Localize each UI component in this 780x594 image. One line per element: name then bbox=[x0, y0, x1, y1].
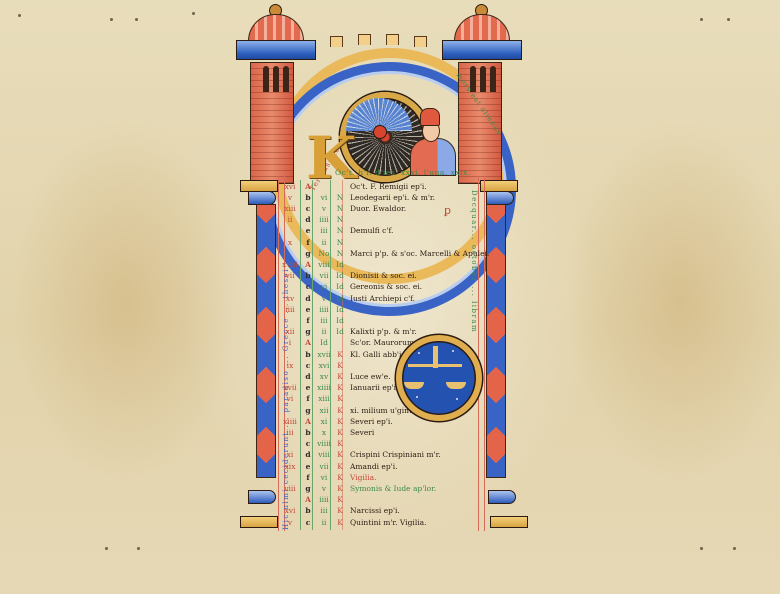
golden-number: xiiii bbox=[278, 418, 302, 426]
golden-number: viii bbox=[278, 485, 302, 493]
golden-number: xviii bbox=[278, 261, 302, 269]
month-heading: Oc't. h'r. d'ies. xxxi. l'una. xxix. bbox=[335, 168, 471, 177]
crenellation bbox=[386, 34, 399, 45]
roman-day: viiii bbox=[314, 440, 334, 448]
right-column bbox=[486, 204, 506, 478]
left-base bbox=[240, 516, 278, 528]
roman-day: xvi bbox=[314, 362, 334, 370]
roman-day: ii bbox=[314, 519, 334, 527]
golden-number: xvi bbox=[278, 183, 302, 191]
roman-day: v bbox=[314, 295, 334, 303]
golden-number: ix bbox=[278, 362, 302, 370]
roman-day: x bbox=[314, 429, 334, 437]
dominical-letter: g bbox=[302, 485, 314, 493]
dominical-letter: A bbox=[302, 339, 314, 347]
calendar-division: N bbox=[334, 216, 346, 224]
calendar-division: Id bbox=[334, 283, 346, 291]
tower-window bbox=[263, 66, 269, 92]
roman-day: iii bbox=[314, 507, 334, 515]
calendar-division: K bbox=[334, 463, 346, 471]
libra-scale-beam bbox=[408, 364, 462, 367]
dominical-letter: A bbox=[302, 183, 314, 191]
dominical-letter: b bbox=[302, 507, 314, 515]
golden-number: xvi bbox=[278, 507, 302, 515]
dominical-letter: b bbox=[302, 351, 314, 359]
roman-day: vii bbox=[314, 272, 334, 280]
dominical-letter: f bbox=[302, 474, 314, 482]
dominical-letter: d bbox=[302, 451, 314, 459]
dominical-letter: g bbox=[302, 328, 314, 336]
dominical-letter: c bbox=[302, 362, 314, 370]
feast-name: Sc'or. Maurorum bbox=[346, 339, 414, 347]
decorated-initial: K bbox=[306, 128, 336, 188]
star bbox=[418, 352, 420, 354]
feast-name: Vigilia. bbox=[346, 474, 377, 482]
feast-name: Dionisii & soc. ei. bbox=[346, 272, 417, 280]
dominical-letter: b bbox=[302, 429, 314, 437]
calendar-division: K bbox=[334, 373, 346, 381]
left-base-torus bbox=[248, 490, 276, 504]
dominical-letter: e bbox=[302, 227, 314, 235]
calendar-division: Id bbox=[334, 295, 346, 303]
feast-name: Ianuarii ep'i. bbox=[346, 384, 398, 392]
dominical-letter: d bbox=[302, 373, 314, 381]
tower-window bbox=[283, 66, 289, 92]
calendar-division: N bbox=[334, 227, 346, 235]
golden-number: vii bbox=[278, 272, 302, 280]
roman-day: iiii bbox=[314, 306, 334, 314]
roman-day: xi bbox=[314, 418, 334, 426]
tower-window bbox=[490, 66, 496, 92]
calendar-division: K bbox=[334, 451, 346, 459]
dominical-letter: b bbox=[302, 272, 314, 280]
calendar-division: N bbox=[334, 194, 346, 202]
golden-number: xii bbox=[278, 328, 302, 336]
calendar-division: Id bbox=[334, 328, 346, 336]
roman-day: No bbox=[314, 250, 334, 258]
prick-mark bbox=[727, 18, 730, 21]
calendar-division: K bbox=[334, 418, 346, 426]
dominical-letter: g bbox=[302, 407, 314, 415]
roman-day: Id bbox=[314, 339, 334, 347]
calendar-division: N bbox=[334, 250, 346, 258]
golden-number: xiii bbox=[278, 205, 302, 213]
calendar-division: Id bbox=[334, 317, 346, 325]
dominical-letter: b bbox=[302, 194, 314, 202]
tower-window bbox=[480, 66, 486, 92]
roman-day: v bbox=[314, 205, 334, 213]
golden-number: xvii bbox=[278, 384, 302, 392]
calendar-division: K bbox=[334, 362, 346, 370]
calendar-division: K bbox=[334, 474, 346, 482]
feast-name: Quintini m'r. Vigilia. bbox=[346, 519, 426, 527]
prick-mark bbox=[18, 14, 21, 17]
dominical-letter: e bbox=[302, 306, 314, 314]
golden-number: ii bbox=[278, 216, 302, 224]
calendar-division: K bbox=[334, 407, 346, 415]
feast-name: Oc't. F. Remigii ep'i. bbox=[346, 183, 427, 191]
golden-number: v bbox=[278, 194, 302, 202]
calendar-division: N bbox=[334, 239, 346, 247]
feast-name: Marci p'p. & s'oc. Marcelli & Apulei. bbox=[346, 250, 489, 258]
dominical-letter: d bbox=[302, 216, 314, 224]
feast-name: Luce ew'e. bbox=[346, 373, 391, 381]
dominical-letter: A bbox=[302, 418, 314, 426]
crenellation bbox=[330, 36, 343, 47]
dominical-letter: f bbox=[302, 317, 314, 325]
roman-day: ii bbox=[314, 328, 334, 336]
sun-core bbox=[373, 125, 387, 139]
libra-zodiac-medallion bbox=[396, 335, 482, 421]
star bbox=[456, 398, 458, 400]
roman-day: vi bbox=[314, 194, 334, 202]
feast-name: Duor. Ewaldor. bbox=[346, 205, 406, 213]
golden-number: xi bbox=[278, 451, 302, 459]
feast-name: Demulfi c'f. bbox=[346, 227, 393, 235]
calendar-division: Id bbox=[334, 306, 346, 314]
roman-day: ii bbox=[314, 239, 334, 247]
golden-number: iiii bbox=[278, 306, 302, 314]
prick-mark bbox=[700, 547, 703, 550]
roman-day: viii bbox=[314, 261, 334, 269]
dominical-letter: e bbox=[302, 463, 314, 471]
calendar-division: K bbox=[334, 485, 346, 493]
feast-name: Gereonis & soc. ei. bbox=[346, 283, 422, 291]
golden-number: xv bbox=[278, 295, 302, 303]
roman-day: iii bbox=[314, 317, 334, 325]
roman-day: vi bbox=[314, 474, 334, 482]
calendar-division: K bbox=[334, 440, 346, 448]
roman-day: xii bbox=[314, 407, 334, 415]
feast-name: Severi ep'i. bbox=[346, 418, 393, 426]
crenellation bbox=[414, 36, 427, 47]
dominical-letter: e bbox=[302, 384, 314, 392]
roman-day: xiiii bbox=[314, 384, 334, 392]
dominical-letter: d bbox=[302, 295, 314, 303]
dominical-letter: f bbox=[302, 239, 314, 247]
feast-name: Narcissi ep'i. bbox=[346, 507, 400, 515]
calendar-row: vciiKQuintini m'r. Vigilia. bbox=[278, 516, 426, 529]
dominical-letter: c bbox=[302, 205, 314, 213]
feast-name: Amandi ep'i. bbox=[346, 463, 398, 471]
roman-day: xiii bbox=[314, 395, 334, 403]
golden-number: iii bbox=[278, 429, 302, 437]
prick-mark bbox=[733, 547, 736, 550]
roman-day: v bbox=[314, 485, 334, 493]
roman-day: vi bbox=[314, 283, 334, 291]
dominical-letter: A bbox=[302, 261, 314, 269]
calendar-division: K bbox=[334, 507, 346, 515]
prick-mark bbox=[110, 18, 113, 21]
right-base bbox=[490, 516, 528, 528]
roman-day: vii bbox=[314, 463, 334, 471]
calendar-division: Id bbox=[334, 272, 346, 280]
calendar-division: N bbox=[334, 205, 346, 213]
calendar-division: K bbox=[334, 429, 346, 437]
dominical-letter: c bbox=[302, 440, 314, 448]
calendar-division: K bbox=[334, 519, 346, 527]
left-column bbox=[256, 204, 276, 478]
left-capital-torus bbox=[248, 191, 276, 205]
feast-name: Symonis & Iude ap'lor. bbox=[346, 485, 436, 493]
dominical-letter: f bbox=[302, 395, 314, 403]
feast-name: Iusti Archiepi c'f. bbox=[346, 295, 415, 303]
tower-window bbox=[273, 66, 279, 92]
right-capital-torus bbox=[486, 191, 514, 205]
feast-name: Crispini Crispiniani m'r. bbox=[346, 451, 441, 459]
dominical-letter: g bbox=[302, 250, 314, 258]
feast-name: Kalixti p'p. & m'r. bbox=[346, 328, 417, 336]
star bbox=[452, 350, 454, 352]
roman-day: viii bbox=[314, 451, 334, 459]
roman-day: iiii bbox=[314, 496, 334, 504]
calendar-division: K bbox=[334, 395, 346, 403]
calendar-division: K bbox=[334, 384, 346, 392]
figure-hat bbox=[420, 108, 440, 126]
prick-mark bbox=[105, 547, 108, 550]
star bbox=[416, 396, 418, 398]
feast-name: Kl. Galli abb'is. bbox=[346, 351, 408, 359]
feast-name: Severi bbox=[346, 429, 374, 437]
calendar-division: Id bbox=[334, 261, 346, 269]
prick-mark bbox=[137, 547, 140, 550]
crenellation bbox=[358, 34, 371, 45]
prick-mark bbox=[700, 18, 703, 21]
roman-day: xv bbox=[314, 373, 334, 381]
dominical-letter: c bbox=[302, 519, 314, 527]
calendar-division: K bbox=[334, 351, 346, 359]
dominical-letter: A bbox=[302, 496, 314, 504]
tower-battlement bbox=[236, 40, 316, 60]
tower-battlement bbox=[442, 40, 522, 60]
calendar-division: K bbox=[334, 496, 346, 504]
roman-day: iii bbox=[314, 227, 334, 235]
right-base-torus bbox=[488, 490, 516, 504]
dominical-letter: c bbox=[302, 283, 314, 291]
golden-number: x bbox=[278, 239, 302, 247]
golden-number: v bbox=[278, 519, 302, 527]
golden-number: xix bbox=[278, 463, 302, 471]
feast-name: Leodegarii ep'i. & m'r. bbox=[346, 194, 435, 202]
roman-day: iiii bbox=[314, 216, 334, 224]
golden-number: vi bbox=[278, 395, 302, 403]
prick-mark bbox=[135, 18, 138, 21]
prick-mark bbox=[192, 12, 195, 15]
roman-day: xvii bbox=[314, 351, 334, 359]
golden-number: i bbox=[278, 339, 302, 347]
